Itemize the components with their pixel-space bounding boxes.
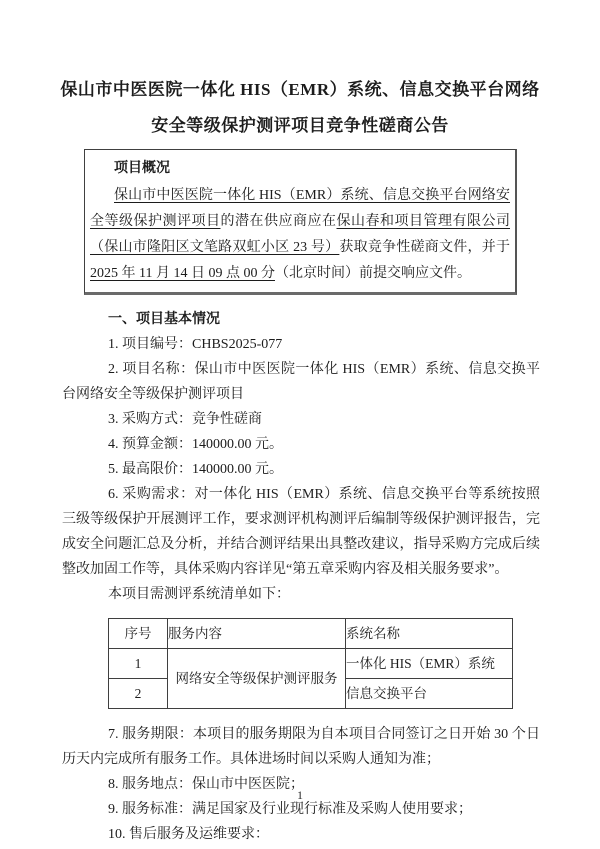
title-line-2: 安全等级保护测评项目竞争性磋商公告 <box>0 108 600 144</box>
table-cell-no-2: 2 <box>109 679 168 709</box>
table-cell-no-1: 1 <box>109 649 168 679</box>
table-header-no: 序号 <box>109 619 168 649</box>
item-procurement-requirements: 6. 采购需求：对一体化 HIS（EMR）系统、信息交换平台等系统按照三级等级保… <box>62 482 540 582</box>
table-header-row: 序号 服务内容 系统名称 <box>109 619 513 649</box>
table-cell-system-1: 一体化 HIS（EMR）系统 <box>346 649 513 679</box>
overview-connector-3: （北京时间）前提交响应文件。 <box>275 266 471 281</box>
document-page: 保山市中医医院一体化 HIS（EMR）系统、信息交换平台网络 安全等级保护测评项… <box>0 0 600 849</box>
item-after-sales: 10. 售后服务及运维要求： <box>62 822 540 847</box>
overview-connector-2: 获取竞争性磋商文件，并于 <box>339 240 510 255</box>
section-1-heading: 一、项目基本情况 <box>62 307 540 332</box>
table-lead-in: 本项目需测评系统清单如下： <box>62 582 540 607</box>
item-max-price: 5. 最高限价：140000.00 元。 <box>62 457 540 482</box>
document-body: 一、项目基本情况 1. 项目编号：CHBS2025-077 2. 项目名称：保山… <box>62 307 540 847</box>
table-row: 1 网络安全等级保护测评服务 一体化 HIS（EMR）系统 <box>109 649 513 679</box>
item-procurement-method: 3. 采购方式：竞争性磋商 <box>62 407 540 432</box>
systems-to-evaluate-table: 序号 服务内容 系统名称 1 网络安全等级保护测评服务 一体化 HIS（EMR）… <box>108 618 513 709</box>
overview-paragraph: 保山市中医医院一体化 HIS（EMR）系统、信息交换平台网络安全等级保护测评项目… <box>90 183 510 287</box>
table-header-system: 系统名称 <box>346 619 513 649</box>
table-header-service: 服务内容 <box>168 619 346 649</box>
item-project-name: 2. 项目名称：保山市中医医院一体化 HIS（EMR）系统、信息交换平台网络安全… <box>62 357 540 407</box>
item-budget-amount: 4. 预算金额：140000.00 元。 <box>62 432 540 457</box>
page-number: 1 <box>0 788 600 803</box>
overview-connector-1: 的潜在供应商应在 <box>221 214 337 229</box>
item-service-period: 7. 服务期限：本项目的服务期限为自本项目合同签订之日开始 30 个日历天内完成… <box>62 722 540 772</box>
table-cell-system-2: 信息交换平台 <box>346 679 513 709</box>
overview-deadline: 2025 年 11 月 14 日 09 点 00 分 <box>90 266 275 281</box>
overview-heading: 项目概况 <box>90 157 510 181</box>
page-title: 保山市中医医院一体化 HIS（EMR）系统、信息交换平台网络 安全等级保护测评项… <box>0 0 600 144</box>
table-cell-service-merged: 网络安全等级保护测评服务 <box>168 649 346 709</box>
project-overview-box: 项目概况 保山市中医医院一体化 HIS（EMR）系统、信息交换平台网络安全等级保… <box>84 149 517 295</box>
item-project-number: 1. 项目编号：CHBS2025-077 <box>62 332 540 357</box>
title-line-1: 保山市中医医院一体化 HIS（EMR）系统、信息交换平台网络 <box>0 72 600 108</box>
